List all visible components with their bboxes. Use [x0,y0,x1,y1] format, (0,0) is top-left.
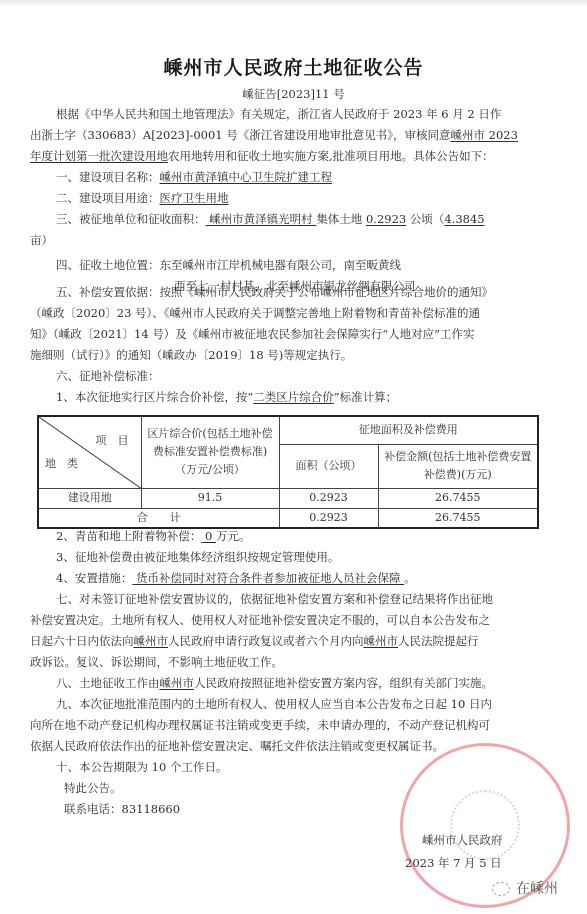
table-total-row: 合 计 0.2923 26.7455 [38,508,538,528]
mu-value: 4.3845 [444,212,484,226]
crop-compensation-value: 0 [201,529,216,543]
wechat-icon [492,882,510,896]
zone-price-class: 二类区片综合价 [253,390,334,404]
contact-phone: 联系电话：83118660 [64,799,180,821]
item-compensation-standard: 六、征地补偿标准： [56,366,160,388]
table-row: 建设用地 91.5 0.2923 26.7455 [38,488,538,508]
item-9-line-3: 依据人民政府依法作出的征地补偿安置决定、嘱托文件依法注销或变更权属证书。 [30,736,444,758]
underlined-text: 嵊州市 2023 [451,128,518,142]
item-7-line-1: 七、对未签订征地补偿安置协议的，依据征地补偿安置方案和补偿登记结果将作出征地 [56,589,493,611]
item-8: 八、土地征收工作由嵊州市人民政府按照征地补偿安置方案内容，组织有关部门实施。 [56,673,493,695]
header-zone-price: 区片综合价(包括土地补偿费标准安置补偿费标准)（万元/公顷） [141,416,279,488]
compensation-table: 项 目 地 类 区片综合价(包括土地补偿费标准安置补偿费标准)（万元/公顷） 征… [37,415,539,529]
project-name-value: 嵊州市黄泽镇中心卫生院扩建工程 [160,170,333,184]
cell-land-type: 建设用地 [38,488,141,508]
item-9-line-1: 九、本次征地批准范围内的土地所有权人、使用权人应当自本公告发布之日起 10 日内 [56,694,492,716]
diagonal-line [39,417,142,489]
land-unit-value: 嵊州市黄泽镇光明村 [206,212,317,226]
header-area-and-cost: 征地面积及补偿费用 [279,416,538,444]
underlined-text: 年度计划第一批次建设用地 [30,149,168,163]
seal-emblem [450,790,520,860]
header-item: 项 目 [96,432,129,450]
item-compensation-basis-1: 五、补偿安置依据：按照《嵊州市人民政府关于公布嵊州市征地区片综合地价的通知》 [56,282,493,304]
item-7-line-4: 政诉讼。复议、诉讼期间，不影响土地征收工作。 [30,652,283,674]
watermark: 在嵊州 [492,878,558,898]
hectares-value: 0.2923 [366,212,406,226]
item-10: 十、本公告期限为 10 个工作日。 [56,757,227,779]
intro-line-3: 年度计划第一批次建设用地农用地转用和征收土地实施方案,批准项目用地。具体公告如下… [30,146,494,168]
item-7-line-2: 补偿安置决定。土地所有权人、使用权人对征地补偿安置决定不服的，可以自本公告发布之 [30,610,490,632]
resettlement-measures: 货币补偿同时对符合条件者参加被征地人员社会保障 [132,571,404,585]
project-use-value: 医疗卫生用地 [160,191,229,205]
signature-date: 2023 年 7 月 5 日 [405,855,502,871]
page-title: 嵊州市人民政府土地征收公告 [0,53,587,80]
table-diagonal-header: 项 目 地 类 [38,416,141,488]
item-7-line-3: 日起六十日内依法向嵊州市人民政府申请行政复议或者六个月内向嵊州市人民法院提起行 [30,631,479,653]
cell-total-label: 合 计 [38,508,279,528]
item-project-name: 一、建设项目名称：嵊州市黄泽镇中心卫生院扩建工程 [56,167,332,189]
standard-sub-2: 2、青苗和地上附着物补偿： 0 万元。 [56,526,250,548]
header-amount: 补偿金额(包括土地补偿费安置补偿费)(万元) [378,444,538,488]
header-area: 面积（公顷） [279,444,378,488]
cell-area: 0.2923 [279,488,378,508]
standard-sub-3: 3、征地补偿费由被征地集体经济组织按规定管理使用。 [56,547,339,569]
standard-sub-1: 1、本次征地实行区片综合价补偿，按“二类区片综合价”标准计算； [56,387,397,409]
item-9-line-2: 向所在地不动产登记机构办理权属证书注销或变更手续，未申请办理的，不动产登记机构可 [30,715,490,737]
closing-text: 特此公告。 [64,778,122,800]
item-land-location: 四、征收土地位置：东至嵊州市江岸机械电器有限公司，南至畈黄线 [56,255,401,277]
intro-line-1: 根据《中华人民共和国土地管理法》有关规定，浙江省人民政府于 2023 年 6 月… [56,104,501,126]
item-land-unit-area: 三、被征地单位和征收面积： 嵊州市黄泽镇光明村 集体土地 0.2923 公顷（4… [56,209,485,231]
item-compensation-basis-3: 知》（嵊政〔2021〕14 号）及《嵊州市被征地农民参加社会保障实行“人地对应”… [30,324,475,346]
cell-price: 91.5 [141,488,279,508]
top-shadow [0,0,587,6]
item-compensation-basis-2: （嵊政〔2020〕23 号）、《嵊州市人民政府关于调整完善地上附着物和青苗补偿标… [30,303,480,325]
item-land-unit-area-cont: 亩） [30,230,53,252]
cell-total-amount: 26.7455 [378,508,538,528]
intro-line-2: 出浙土字（330683）A[2023]-0001 号《浙江省建设用地审批意见书》… [30,125,518,147]
item-compensation-basis-4: 施细则（试行）》的通知（嵊政办〔2019〕18 号)等规定执行。 [30,345,352,367]
cell-total-area: 0.2923 [279,508,378,528]
cell-amount: 26.7455 [378,488,538,508]
standard-sub-4: 4、安置措施： 货币补偿同时对符合条件者参加被征地人员社会保障 。 [56,568,416,590]
item-project-use: 二、建设项目用途：医疗卫生用地 [56,188,229,210]
document-number: 嵊征告[2023]11 号 [0,86,587,102]
header-land-type: 地 类 [45,455,78,473]
signature-issuer: 嵊州市人民政府 [422,832,503,848]
